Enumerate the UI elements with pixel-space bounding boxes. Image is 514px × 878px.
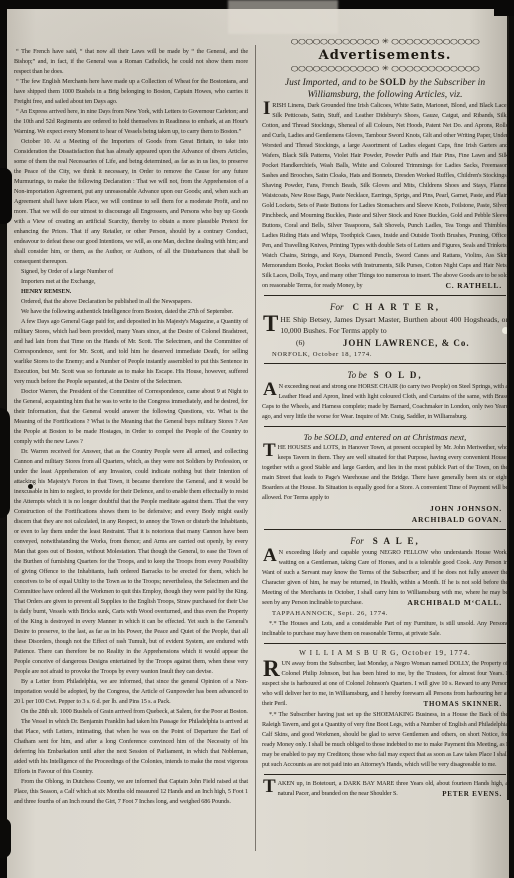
ad-charter-ship: For C H A R T E R, THE Ship Betsey, Jame… [262, 299, 508, 362]
drop-cap: A [262, 382, 279, 398]
advertisements-heading: Advertisements. [262, 49, 508, 63]
page-edge-line [507, 0, 509, 800]
ad-heading-lead: For [350, 536, 364, 546]
ad-body-text: HE Ship Betsey, James Dysart Master, Bur… [280, 315, 508, 335]
news-paragraph: Dr. Warren received for Answer, that as … [14, 447, 248, 677]
news-paragraph: We have the following authentick Intelli… [14, 307, 248, 317]
ad-postscript: *.* The Subscriber having just set up th… [262, 710, 508, 770]
ad-signature: ARCHIBALD GOVAN. [262, 515, 508, 525]
ad-runaway: W I L L I A M S B U R G, October 19, 177… [262, 647, 508, 773]
signed-place-line: Importers met at the Exchange, [14, 277, 248, 287]
news-paragraph: From the Oblong, in Dutchess County, we … [14, 777, 248, 807]
chain-ornament-icon: ○○○○○○○○○○○○ ✳ ○○○○○○○○○○○○ [262, 38, 508, 47]
news-paragraph: Doctor Warren, the President of the Comm… [14, 387, 248, 447]
news-paragraph: On the 28th ult. 1000 Bushels of Grain a… [14, 707, 248, 717]
ad-taken-up-mare: TAKEN up, in Botetourt, a DARK BAY MARE … [262, 778, 508, 802]
ad-heading-line2: Williamsburg, the following Articles, vi… [262, 90, 508, 101]
ad-divider-rule [264, 295, 506, 296]
ad-signature: JOHN LAWRENCE, & Co. [305, 337, 508, 349]
ad-body-text: RISH Linens, Dark Grounded fine Irish Ca… [262, 102, 508, 289]
newspaper-page: “ The French have said, “ that now all t… [6, 9, 509, 878]
ad-divider-rule [264, 426, 506, 427]
drop-cap: T [262, 443, 278, 459]
scan-edge-smudge [228, 0, 338, 34]
ad-body: IRISH Linens, Dark Grounded fine Irish C… [262, 101, 508, 291]
ad-heading: For S A L E, [262, 535, 508, 547]
drop-cap: I [262, 101, 272, 117]
news-paragraph: “ An Express arrived here, in nine Days … [14, 107, 248, 137]
ad-body: THE HOUSES and LOTS, in Hanover Town, at… [262, 443, 508, 503]
ad-heading-main: C H A R T E R, [353, 302, 440, 312]
ad-body-text: HE HOUSES and LOTS, in Hanover Town, at … [262, 444, 508, 501]
binding-shadow [0, 408, 10, 518]
news-paragraph: October 10. At a Meeting of the Importer… [14, 137, 248, 267]
ad-apply-line: (6)JOHN LAWRENCE, & Co. [262, 337, 508, 349]
ad-heading-text: Just Imported, and to be [285, 78, 380, 88]
advertisements-column: ○○○○○○○○○○○○ ✳ ○○○○○○○○○○○○ Advertisemen… [262, 37, 508, 802]
ad-heading-caps: SOLD [380, 77, 407, 87]
ad-dateline: TAPPAHANNOCK, Sept. 26, 1774. [272, 609, 508, 618]
drop-cap: A [262, 548, 279, 564]
ad-postscript: *.* The Houses and Lots, and a considera… [262, 619, 508, 639]
news-paragraph: “ The French have said, “ that now all t… [14, 47, 248, 77]
chain-ornament-icon: ○○○○○○○○○○○○ ✳ ○○○○○○○○○○○○ [262, 65, 508, 74]
ad-heading-lead: For [330, 302, 344, 312]
ad-body-text: N exceeding neat and strong one HORSE CH… [262, 383, 508, 420]
binding-shadow [0, 818, 11, 858]
ad-body: AN exceeding neat and strong one HORSE C… [262, 382, 508, 422]
news-column: “ The French have said, “ that now all t… [14, 47, 248, 807]
news-paragraph: “ The few English Merchants here have ma… [14, 77, 248, 107]
ad-for-sale: For S A L E, AN exceeding likely and cap… [262, 533, 508, 642]
ad-horse-chair: To be S O L D, AN exceeding neat and str… [262, 367, 508, 425]
drop-cap: T [262, 779, 278, 795]
ad-signature: JOHN JOHNSON. [262, 504, 508, 514]
news-paragraph: A few Days ago General Gage paid for, an… [14, 317, 248, 387]
signed-order-line: Signed, by Order of a large Number of [14, 267, 248, 277]
drop-cap: T [262, 314, 280, 333]
news-paragraph: The Vessel in which Dr. Benjamin Frankli… [14, 717, 248, 777]
ad-heading-main: S A L E, [373, 536, 420, 546]
news-paragraph: Ordered, that the above Declaration be p… [14, 297, 248, 307]
ad-heading: Just Imported, and to be SOLD by the Sub… [262, 77, 508, 89]
ad-reference-number: (6) [296, 337, 305, 349]
ad-dateline: NORFOLK, October 18, 1774. [272, 350, 508, 359]
ad-divider-rule [264, 529, 506, 530]
news-paragraph: By a Letter from Philadelphia, we are in… [14, 677, 248, 707]
ad-signature: THOMAS SKINNER. [262, 699, 508, 709]
ad-dateline: W I L L I A M S B U R G, October 19, 177… [262, 648, 508, 658]
ad-divider-rule [264, 363, 506, 364]
ad-heading-text: by the Subscriber in [406, 78, 485, 88]
signed-name: HENRY REMSEN. [14, 287, 248, 297]
ad-heading: To be SOLD, and entered on at Christmas … [262, 432, 508, 443]
ink-spot [28, 484, 33, 489]
ad-heading-main: S O L D, [374, 370, 423, 380]
ad-body: THE Ship Betsey, James Dysart Master, Bu… [262, 314, 508, 336]
column-divider-rule [255, 45, 256, 851]
drop-cap: R [262, 659, 282, 678]
ad-divider-rule [264, 774, 506, 775]
ad-heading-lead: To be [347, 370, 366, 380]
ad-houses-lots: To be SOLD, and entered on at Christmas … [262, 430, 508, 528]
ad-heading: For C H A R T E R, [262, 301, 508, 313]
ad-divider-rule [264, 643, 506, 644]
ad-heading: To be S O L D, [262, 369, 508, 381]
scan-edge-corner [494, 0, 514, 16]
ad-imported-goods: Just Imported, and to be SOLD by the Sub… [262, 75, 508, 294]
binding-shadow [0, 168, 12, 224]
